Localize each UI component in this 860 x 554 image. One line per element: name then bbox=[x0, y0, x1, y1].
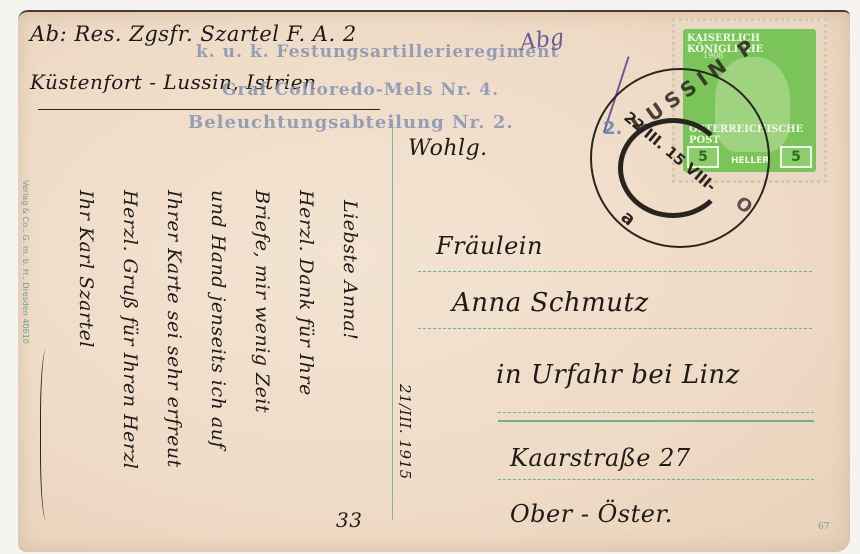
address-rule-1 bbox=[418, 271, 812, 272]
message-line-5: Ihrer Karte sei sehr erfreut bbox=[152, 190, 196, 470]
message-body: Liebste Anna! Herzl. Dank für Ihre Brief… bbox=[64, 190, 372, 470]
series-number: 67 bbox=[818, 522, 829, 532]
signature-flourish bbox=[40, 350, 55, 520]
postage-value-right: 5 bbox=[780, 146, 812, 168]
unit-stamp-line-2: Graf Colloredo-Mels Nr. 4. bbox=[222, 80, 499, 100]
message-line-1: Liebste Anna! bbox=[328, 200, 372, 470]
printer-credit: Verlag & Co., G. m. b. H., Dresden 40610 bbox=[21, 180, 30, 344]
blue-number-mark: 2. bbox=[603, 118, 622, 139]
page-number: 33 bbox=[336, 508, 362, 532]
recipient-title: Fräulein bbox=[436, 232, 543, 260]
message-line-3: Briefe, mir wenig Zeit bbox=[240, 190, 284, 470]
message-line-2: Herzl. Dank für Ihre bbox=[284, 190, 328, 470]
message-line-7: Ihr Karl Szartel bbox=[64, 190, 108, 470]
recipient-town: in Urfahr bei Linz bbox=[496, 360, 740, 390]
address-rule-3b bbox=[498, 420, 814, 422]
center-divider bbox=[392, 120, 393, 520]
recipient-name: Anna Schmutz bbox=[452, 288, 649, 318]
address-rule-2 bbox=[418, 328, 812, 329]
recipient-street: Kaarstraße 27 bbox=[510, 444, 691, 472]
message-line-4: und Hand jenseits ich auf bbox=[196, 190, 240, 470]
recipient-region: Ober - Öster. bbox=[510, 500, 673, 528]
unit-stamp-line-1: k. u. k. Festungsartillerieregiment bbox=[196, 42, 559, 62]
sender-underline bbox=[38, 109, 380, 110]
salutation: Wohlg. bbox=[408, 136, 488, 161]
message-date-wrap: 21/III. 1915 bbox=[396, 384, 414, 480]
message-line-6: Herzl. Gruß für Ihren Herzl bbox=[108, 190, 152, 470]
address-rule-4 bbox=[498, 479, 814, 480]
address-rule-3a bbox=[498, 412, 814, 413]
unit-stamp-line-3: Beleuchtungsabteilung Nr. 2. bbox=[188, 112, 514, 133]
message-date: 21/III. 1915 bbox=[396, 384, 414, 480]
